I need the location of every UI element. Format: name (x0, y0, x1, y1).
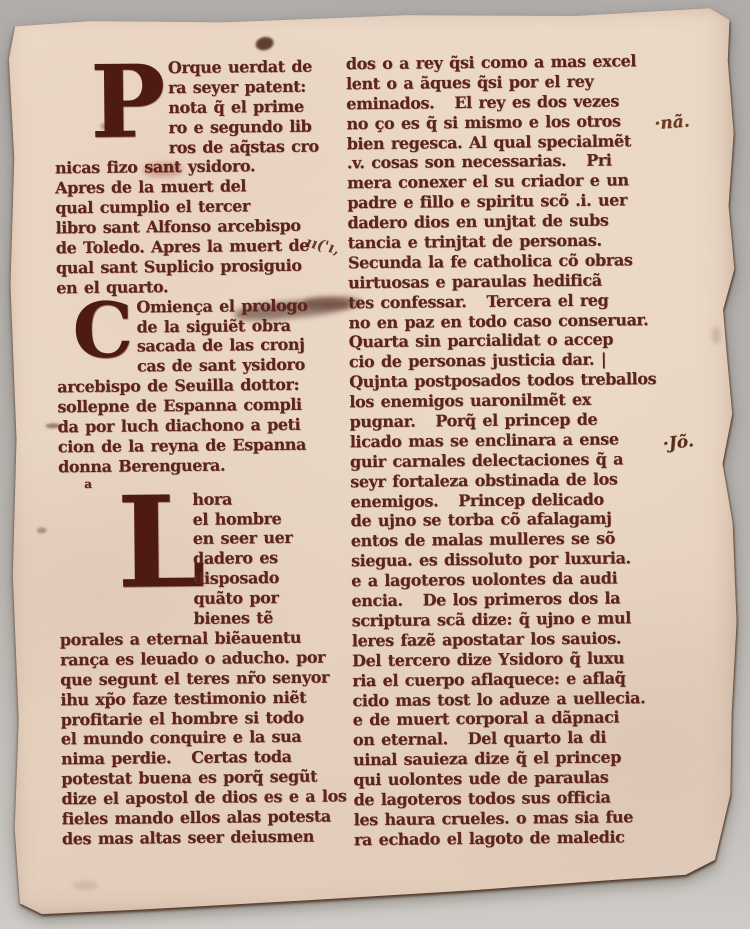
section-p: P Orque uerdat dera seyer patent:nota q̃… (90, 56, 353, 158)
text-line: porales a eternal biẽauentu (60, 627, 358, 650)
text-line: ros de aq̃stas cro (169, 136, 353, 158)
section-l: L horael hombreen seer uerdadero esdispo… (116, 488, 357, 630)
text-line: dos o a rey q̃si como a mas excel (346, 51, 652, 74)
text-line: profitarie el hombre si todo (61, 707, 359, 730)
ink-smudge (234, 295, 351, 323)
text-line: el hombre (192, 508, 356, 530)
text-line: rança es leuado o aducho. por (60, 647, 358, 670)
section-l-full-lines: porales a eternal biẽauenturança es leua… (60, 627, 360, 849)
text-line: Omiença el prologo (136, 295, 354, 317)
text-line: cion de la reyna de Espanna (58, 434, 356, 457)
text-line: quãto por (193, 587, 357, 609)
text-line: les haura crueles. o mas sia fue (354, 807, 660, 830)
text-line: de lagoteros todos sus officia (353, 787, 659, 810)
text-line: da por luch diachono a peti (58, 414, 356, 437)
text-line: licado mas se enclinara a ense (350, 429, 656, 452)
text-line: guir carnales delectaciones q̃ a (350, 449, 656, 472)
text-line: pugnar. Porq̃ el princep de (349, 409, 655, 432)
text-line: sacada de las cronj (137, 335, 355, 357)
text-line: el mundo conquire e la sua (61, 727, 359, 750)
text-line: de Toledo. Apres la muert de (56, 235, 354, 258)
text-line: qual cumplio el tercer (55, 195, 353, 218)
text-line: fieles mando ellos alas potesta (62, 806, 360, 829)
text-line: Orque uerdat de (168, 56, 352, 78)
text-line: seyr fortaleza obstinada de los (350, 469, 656, 492)
text-line: cio de personas justicia dar. | (349, 349, 655, 372)
paper-spot (72, 881, 98, 890)
paper-spot (100, 123, 107, 130)
text-line: dadero es (193, 548, 357, 570)
section-p-full-lines: nicas fizo sant ysidoro.Apres de la muer… (55, 156, 354, 298)
text-line: e de muert corporal a dãpnaci (353, 707, 659, 730)
drop-cap-c: C (72, 297, 137, 364)
text-line: libro sant Alfonso arcebispo (55, 215, 353, 238)
text-line: .v. cosas son necessarias. Pri (347, 151, 653, 174)
photo-backdrop: P Orque uerdat dera seyer patent:nota q̃… (0, 0, 750, 929)
right-text-column: dos o a rey q̃si como a mas excellent o … (346, 51, 660, 850)
text-line: los enemigos uaronilmẽt ex (349, 389, 655, 412)
text-line: dize el apostol de dios es e a los (61, 786, 359, 809)
left-text-column: P Orque uerdat dera seyer patent:nota q̃… (54, 56, 360, 849)
text-line: uinal sauieza dize q̃ el princep (353, 747, 659, 770)
text-line: Secunda la fe catholica cõ obras (348, 250, 654, 273)
text-line: scriptura scã dize: q̃ ujno e mul (352, 608, 658, 631)
text-line: ra echado el lagoto de maledic (354, 827, 660, 850)
manuscript-page: P Orque uerdat dera seyer patent:nota q̃… (3, 6, 744, 920)
text-line: enemigos. Princep delicado (350, 489, 656, 512)
text-line: bienes tẽ (194, 607, 358, 629)
text-line: lent o a ãques q̃si por el rey (346, 71, 652, 94)
text-line: de la siguiẽt obra (136, 315, 354, 337)
text-line: qual sant Suplicio prosiguio (56, 255, 354, 278)
page-shadow-wrap: P Orque uerdat dera seyer patent:nota q̃… (0, 0, 750, 929)
drop-cap-l: L (116, 490, 193, 595)
text-line: nicas fizo sant ysidoro. (55, 156, 353, 179)
margin-note-2: ·Jõ. (662, 431, 695, 454)
paper-spot (712, 326, 721, 344)
text-line: dadero dios en unjtat de subs (347, 210, 653, 233)
text-line: ria el cuerpo aflaquece: e aflaq̃ (352, 668, 658, 691)
red-smudge (143, 162, 183, 177)
text-line: padre e fillo e spiritu scõ .i. uer (347, 190, 653, 213)
lead-mark-a: a (58, 474, 356, 491)
text-line: ra seyer patent: (168, 76, 352, 98)
text-line: nima perdie. Certas toda (61, 746, 359, 769)
margin-note-1: ·nã. (654, 111, 691, 134)
text-line: uirtuosas e paraulas hedificã (348, 270, 654, 293)
section-c-indented-lines: Omiença el prologode la siguiẽt obrasaca… (136, 295, 355, 377)
text-line: sollepne de Espanna compli (57, 394, 355, 417)
section-c-full-lines: arcebispo de Seuilla dottor:sollepne de … (57, 374, 356, 477)
text-line: mera conexer el su criador e un (347, 170, 653, 193)
text-line: leres fazẽ apostatar los sauios. (352, 628, 658, 651)
text-line: des mas altas seer deiusmen (62, 826, 360, 849)
text-line: donna Berenguera. (58, 454, 356, 477)
interlinear-pen-mark: ıı('ı, (304, 233, 341, 258)
section-c: C Omiença el prologode la siguiẽt obrasa… (72, 295, 355, 378)
text-line: tancia e trinjtat de personas. (348, 230, 654, 253)
text-line: siegua. es dissoluto por luxuria. (351, 548, 657, 571)
text-line: eminados. El rey es dos vezes (346, 91, 652, 114)
text-line: ihu xp̃o faze testimonio niẽt (60, 687, 358, 710)
text-line: encia. De los primeros dos la (351, 588, 657, 611)
text-line: bien regesca. Al qual specialmẽt (347, 131, 653, 154)
text-line: cas de sant ysidoro (137, 355, 355, 377)
text-line: disposado (193, 567, 357, 589)
section-l-indented-lines: horael hombreen seer uerdadero esdisposa… (192, 488, 357, 629)
text-line: entos de malas mulleres se sõ (351, 528, 657, 551)
text-line: hora (192, 488, 356, 510)
text-line: Quarta sin parcialidat o accep (349, 330, 655, 353)
text-line: Apres de la muert del (55, 176, 353, 199)
ink-smudge (304, 296, 362, 310)
text-line: ro e segundo lib (168, 116, 352, 138)
text-line: arcebispo de Seuilla dottor: (57, 374, 355, 397)
text-line: en el quarto. (56, 275, 354, 298)
text-line: nota q̃ el prime (168, 96, 352, 118)
text-line: de ujno se torba cõ afalagamj (351, 509, 657, 532)
text-line: no en paz en todo caso conseruar. (348, 310, 654, 333)
margin-dash (46, 423, 61, 428)
text-line: en seer uer (193, 528, 357, 550)
text-line: que segunt el teres nr̃o senyor (60, 667, 358, 690)
text-line: potestat buena es porq̃ segũt (61, 766, 359, 789)
drop-cap-p: P (90, 58, 169, 145)
section-p-indented-lines: Orque uerdat dera seyer patent:nota q̃ e… (168, 56, 353, 157)
text-line: Del tercero dize Ysidoro q̃ luxu (352, 648, 658, 671)
text-line: on eternal. Del quarto la di (353, 727, 659, 750)
text-line: tes confessar. Tercera el reg (348, 290, 654, 313)
margin-dash (37, 527, 47, 533)
text-line: qui uolontes ude de paraulas (353, 767, 659, 790)
text-line: e a lagoteros uolontes da audi (351, 568, 657, 591)
text-line: cido mas tost lo aduze a uellecia. (352, 688, 658, 711)
ink-stain (254, 35, 274, 52)
text-line: no ço es q̃ si mismo e los otros (346, 111, 652, 134)
text-line: Qujnta postposados todos treballos (349, 369, 655, 392)
